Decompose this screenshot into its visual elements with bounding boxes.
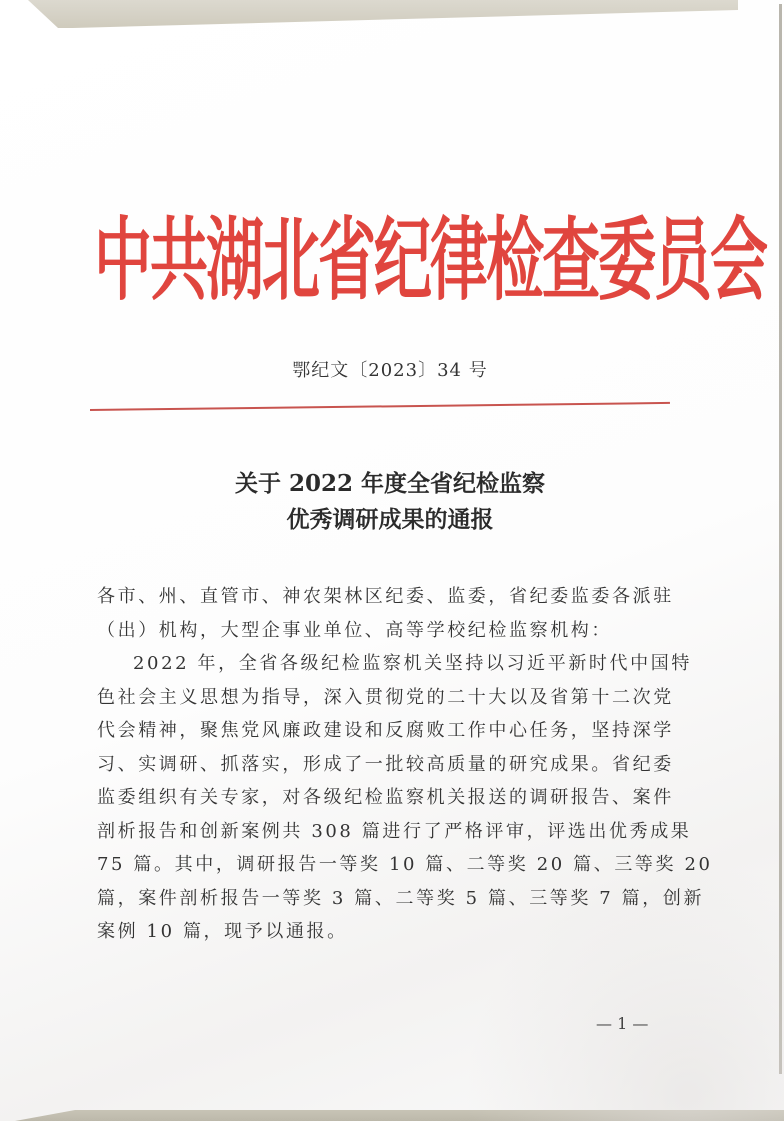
body-line: 监委组织有关专家，对各级纪检监察机关报送的调研报告、案件 <box>97 781 677 815</box>
document-number: 鄂纪文〔2023〕34 号 <box>240 356 540 382</box>
page-number: — 1 — <box>596 1014 648 1033</box>
body-line: 篇，案件剖析报告一等奖 3 篇、二等奖 5 篇、三等奖 7 篇，创新 <box>97 882 677 916</box>
document-body: 各市、州、直管市、神农架林区纪委、监委，省纪委监委各派驻 （出）机构，大型企事业… <box>97 580 677 949</box>
body-line: 习、实调研、抓落实，形成了一批较高质量的研究成果。省纪委 <box>97 748 677 782</box>
body-line: 色社会主义思想为指导，深入贯彻党的二十大以及省第十二次党 <box>97 681 677 715</box>
red-divider-line <box>90 402 670 411</box>
paper-edge-bottom <box>15 1110 784 1121</box>
addressee-line-1: 各市、州、直管市、神农架林区纪委、监委，省纪委监委各派驻 <box>97 580 677 614</box>
document-title-line-2: 优秀调研成果的通报 <box>150 502 630 538</box>
paper-edge-top <box>28 0 738 28</box>
paper-edge-right <box>779 4 782 1074</box>
document-title-line-1: 关于 2022 年度全省纪检监察 <box>150 466 630 502</box>
addressee-line-2: （出）机构，大型企事业单位、高等学校纪检监察机构： <box>97 614 677 648</box>
organization-header: 中共湖北省纪律检查委员会 <box>94 175 684 346</box>
body-line: 代会精神，聚焦党风廉政建设和反腐败工作中心任务，坚持深学 <box>97 714 677 748</box>
body-line: 剖析报告和创新案例共 308 篇进行了严格评审，评选出优秀成果 <box>97 815 677 849</box>
body-line: 75 篇。其中，调研报告一等奖 10 篇、二等奖 20 篇、三等奖 20 <box>97 848 677 882</box>
document-page: 中共湖北省纪律检查委员会 鄂纪文〔2023〕34 号 关于 2022 年度全省纪… <box>0 0 784 1121</box>
document-title: 关于 2022 年度全省纪检监察 优秀调研成果的通报 <box>150 466 630 538</box>
body-line: 案例 10 篇，现予以通报。 <box>97 915 677 949</box>
body-line: 2022 年，全省各级纪检监察机关坚持以习近平新时代中国特 <box>97 647 677 681</box>
